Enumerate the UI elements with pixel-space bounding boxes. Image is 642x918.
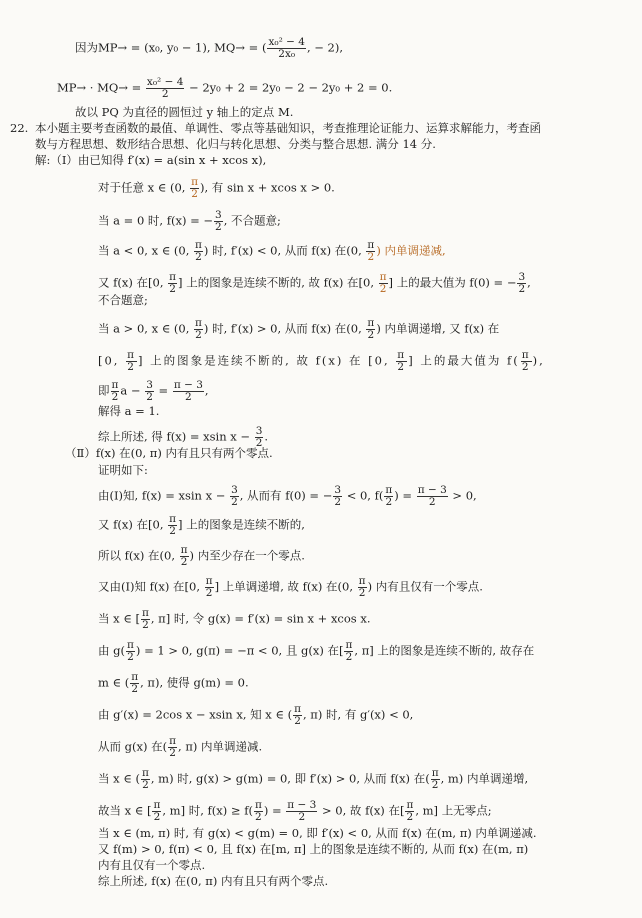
- fraction-pi-2: π2: [168, 272, 177, 295]
- p2-line-15: 内有且仅有一个零点.: [98, 858, 205, 872]
- prev-line-3: 故以 PQ 为直径的圆恒过 y 轴上的定点 M.: [75, 105, 293, 119]
- p1-line-2: 当 a = 0 时, f(x) = −32, 不合题意;: [98, 210, 281, 233]
- p2-line-16: 综上所述, f(x) 在(0, π) 内有且只有两个零点.: [98, 874, 328, 888]
- fraction-pi-2: π2: [126, 350, 137, 373]
- p2-line-6: 当 x ∈ [π2, π] 时, 令 g(x) = f′(x) = sin x …: [98, 608, 371, 631]
- p1-line-6: 当 a > 0, x ∈ (0, π2) 时, f′(x) > 0, 从而 f(…: [98, 318, 499, 341]
- text: 因为MP→ = (x₀, y₀ − 1), MQ→ = (: [75, 41, 266, 55]
- fraction-pi-2: π2: [521, 350, 532, 373]
- fraction: x₀² − 42: [146, 77, 185, 100]
- fraction-pi-2: π2: [254, 800, 263, 823]
- fraction-pi-2: π2: [180, 545, 189, 568]
- p2-line-9: 由 g′(x) = 2cos x − xsin x, 知 x ∈ (π2, π)…: [98, 704, 413, 727]
- fraction-pi-2: π2: [152, 800, 161, 823]
- fraction-pi-2: π2: [379, 272, 388, 295]
- fraction-pi-2: π2: [168, 514, 177, 537]
- part1-heading: 解:（Ⅰ）由已知得 f′(x) = a(sin x + xcos x),: [35, 153, 266, 167]
- p1-line-3: 当 a < 0, x ∈ (0, π2) 时, f′(x) < 0, 从而 f(…: [98, 240, 446, 263]
- fraction-pi-2: π2: [366, 240, 375, 263]
- fraction-pi-2: π2: [205, 576, 214, 599]
- fraction-3-2: 32: [145, 380, 154, 403]
- fraction-pi-minus-3-2: π − 32: [173, 380, 204, 403]
- fraction-pi-2: π2: [111, 380, 120, 403]
- fraction-pi-2: π2: [384, 485, 393, 508]
- p1-line-5: 不合题意;: [98, 293, 148, 307]
- p2-line-14: 又 f(m) > 0, f(π) < 0, 且 f(x) 在[m, π] 上的图…: [98, 842, 528, 856]
- fraction-3-2: 32: [214, 210, 223, 233]
- fraction-pi-2: π2: [396, 350, 407, 373]
- p2-line-4: 所以 f(x) 在(0, π2) 内至少存在一个零点.: [98, 545, 305, 568]
- fraction-pi-2: π2: [168, 736, 177, 759]
- p2-line-12: 故当 x ∈ [π2, m] 时, f(x) ≥ f(π2) = π − 32 …: [98, 800, 492, 823]
- text: − 2y₀ + 2 = 2y₀ − 2 − 2y₀ + 2 = 0.: [185, 81, 392, 95]
- fraction-pi-2: π2: [293, 704, 302, 727]
- fraction-pi-2: π2: [405, 800, 414, 823]
- fraction-pi-2: π2: [130, 672, 139, 695]
- p2-line-1: 证明如下:: [98, 463, 148, 477]
- p2-line-5: 又由(Ⅰ)知 f(x) 在[0, π2] 上单调递增, 故 f(x) 在(0, …: [98, 576, 483, 599]
- fraction-pi-2: π2: [366, 318, 375, 341]
- fraction-pi-2: π2: [141, 608, 150, 631]
- problem-number: 22.: [10, 121, 28, 135]
- text: , − 2),: [307, 41, 343, 55]
- p1-line-8: 即π2a − 32 = π − 32,: [98, 380, 209, 403]
- intro-line-2: 数与方程思想、数形结合思想、化归与转化思想、分类与整合思想. 满分 14 分.: [35, 137, 436, 151]
- fraction-3-2: 32: [230, 485, 239, 508]
- fraction-pi-2: π2: [431, 768, 440, 791]
- prev-line-1: 因为MP→ = (x₀, y₀ − 1), MQ→ = (x₀² − 42x₀,…: [75, 37, 343, 60]
- fraction-pi-minus-3-2: π − 32: [417, 485, 448, 508]
- p2-line-10: 从而 g(x) 在(π2, π) 内单调递减.: [98, 736, 262, 759]
- prev-line-2: MP→ · MQ→ = x₀² − 42 − 2y₀ + 2 = 2y₀ − 2…: [57, 77, 392, 100]
- p2-line-8: m ∈ (π2, π), 使得 g(m) = 0.: [98, 672, 249, 695]
- p2-line-3: 又 f(x) 在[0, π2] 上的图象是连续不断的,: [98, 514, 305, 537]
- fraction-pi-2: π2: [344, 640, 353, 663]
- fraction-pi-2: π2: [141, 768, 150, 791]
- fraction: x₀² − 42x₀: [267, 37, 306, 60]
- fraction-pi-2: π2: [358, 576, 367, 599]
- fraction-3-2: 32: [517, 272, 526, 295]
- p1-line-1: 对于任意 x ∈ (0, π2), 有 sin x + xcos x > 0.: [98, 177, 335, 200]
- p1-line-4: 又 f(x) 在[0, π2] 上的图象是连续不断的, 故 f(x) 在[0, …: [98, 272, 531, 295]
- fraction-pi-2: π2: [194, 240, 203, 263]
- p2-line-13: 当 x ∈ (m, π) 时, 有 g(x) < g(m) = 0, 即 f′(…: [98, 826, 537, 840]
- part2-heading: （Ⅱ）f(x) 在(0, π) 内有且只有两个零点.: [65, 446, 273, 460]
- p2-line-11: 当 x ∈ (π2, m) 时, g(x) > g(m) = 0, 即 f′(x…: [98, 768, 528, 791]
- p2-line-7: 由 g(π2) = 1 > 0, g(π) = −π < 0, 且 g(x) 在…: [98, 640, 534, 663]
- p1-line-9: 解得 a = 1.: [98, 404, 159, 418]
- fraction-pi-2: π2: [194, 318, 203, 341]
- p2-line-2: 由(Ⅰ)知, f(x) = xsin x − 32, 从而有 f(0) = −3…: [98, 485, 477, 508]
- fraction-pi-2: π2: [126, 640, 135, 663]
- intro-line-1: 本小题主要考查函数的最值、单调性、零点等基础知识，考查推理论证能力、运算求解能力…: [35, 121, 541, 135]
- fraction-3-2: 32: [333, 485, 342, 508]
- text: MP→ · MQ→ =: [57, 81, 145, 95]
- fraction-pi-2: π2: [190, 177, 199, 200]
- fraction-pi-minus-3-2: π − 32: [286, 800, 317, 823]
- p1-line-7: [0, π2] 上的图象是连续不断的, 故 f(x) 在 [0, π2] 上的最…: [98, 350, 545, 373]
